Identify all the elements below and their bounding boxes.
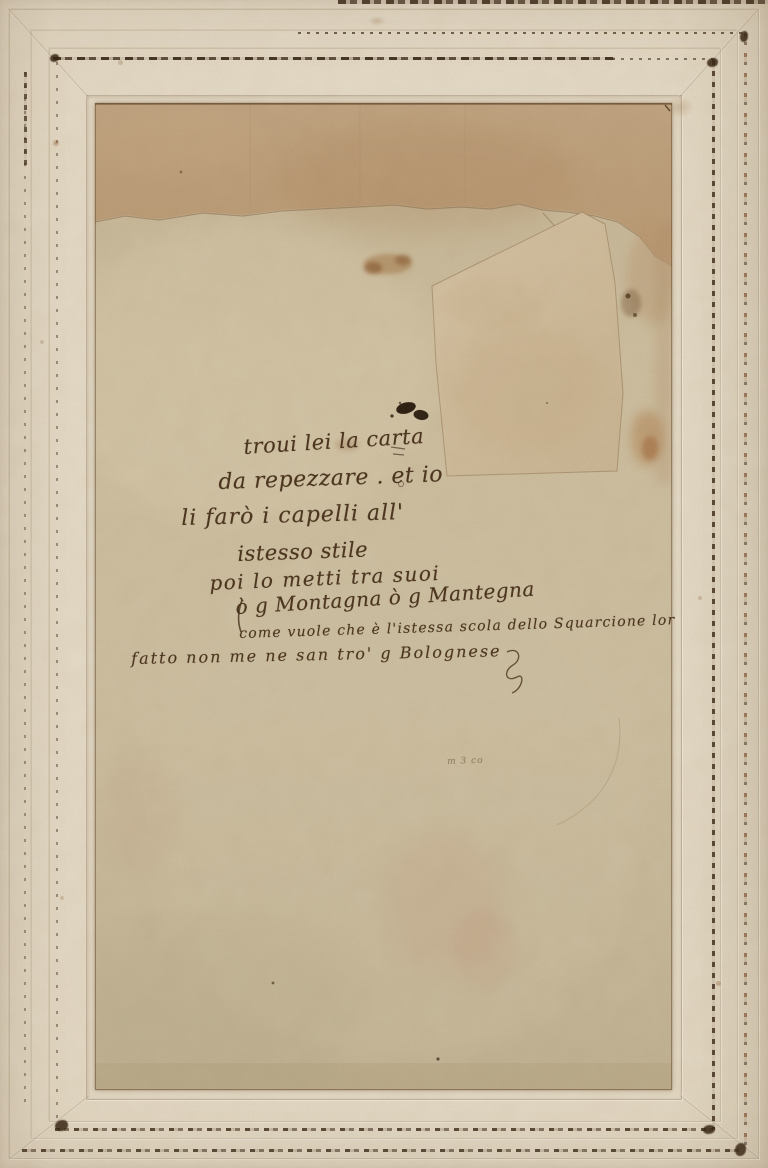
ruled-border-right [712, 60, 715, 1130]
faint-inscription: m 3 co [447, 757, 484, 767]
outer-rule-top-second [298, 32, 748, 34]
manuscript-sheet: troui lei la carta da repezzare . et io … [95, 103, 672, 1090]
outer-rule-top-edge [338, 0, 768, 4]
bottom-shade [95, 1063, 672, 1090]
outer-rule-right [744, 33, 747, 1150]
outer-rule-left [24, 72, 26, 1110]
ruled-border-top-tail [612, 58, 714, 60]
ruled-border-left [56, 62, 58, 1124]
outer-rule-left-dense [24, 72, 27, 167]
ruled-border-bottom [55, 1128, 713, 1131]
photograph-of-mounted-manuscript: troui lei la carta da repezzare . et io … [0, 0, 768, 1168]
outer-rule-bottom [22, 1149, 744, 1152]
inscription-line-3: li farò i capelli all' [181, 502, 404, 530]
inscription-line-4: istesso stile [237, 539, 368, 565]
ruled-border-top [53, 57, 615, 60]
